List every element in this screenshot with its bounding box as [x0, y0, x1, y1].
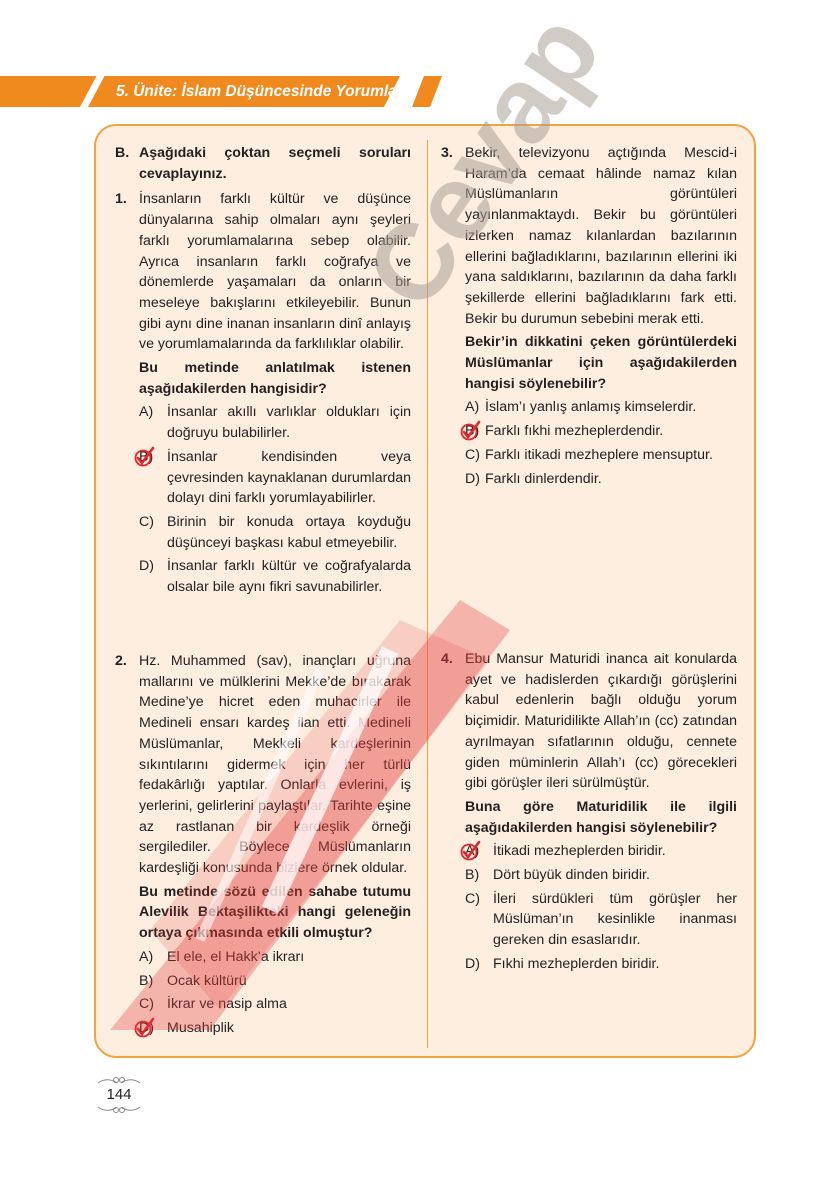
option-c[interactable]: C)İleri sürdükleri tüm görüşler her Müsl… — [465, 889, 737, 951]
check-mark-icon — [460, 840, 482, 862]
option-d[interactable]: D)Farklı dinlerdendir. — [465, 469, 737, 490]
question-stem: Bekir’in dikkatini çeken görüntülerdeki … — [465, 332, 737, 394]
right-column-bottom: 4. Ebu Mansur Maturidi inanca ait konula… — [465, 649, 737, 978]
question-number: 2. — [115, 651, 127, 672]
question-number: 4. — [441, 649, 453, 670]
question-text: Hz. Muhammed (sav), inançları uğruna mal… — [139, 651, 411, 879]
option-b[interactable]: B) İnsanlar kendisinden veya çevresinden… — [139, 447, 411, 509]
section-letter: B. — [115, 143, 129, 164]
question-text: Ebu Mansur Maturidi inanca ait konularda… — [465, 649, 737, 794]
check-mark-icon — [134, 1017, 156, 1039]
option-a[interactable]: A)İslam’ı yanlış anlamış kimselerdir. — [465, 397, 737, 418]
option-c[interactable]: C)Farklı itikadi mezheplere mensuptur. — [465, 445, 737, 466]
option-a[interactable]: A)El ele, el Hakk’a ikrarı — [139, 947, 411, 968]
left-column-bottom: 2. Hz. Muhammed (sav), inançları uğruna … — [139, 651, 411, 1042]
option-b[interactable]: B)Ocak kültürü — [139, 971, 411, 992]
option-c[interactable]: C)İkrar ve nasip alma — [139, 994, 411, 1015]
ornament-bottom-icon — [96, 1104, 142, 1114]
option-b[interactable]: B) Farklı fıkhi mezheplerdendir. — [465, 421, 737, 442]
option-b[interactable]: B)Dört büyük dinden biridir. — [465, 865, 737, 886]
unit-banner: 5. Ünite: İslam Düşüncesinde Yorumlar — [0, 76, 412, 107]
option-d[interactable]: D) Musahiplik — [139, 1018, 411, 1039]
question-4: 4. Ebu Mansur Maturidi inanca ait konula… — [465, 649, 737, 975]
question-stem: Bu metinde sözü edilen sahabe tutumu Ale… — [139, 882, 411, 944]
page-number-text: 144 — [96, 1086, 142, 1103]
page-number: 144 — [96, 1076, 142, 1114]
column-divider — [427, 140, 428, 1048]
question-2: 2. Hz. Muhammed (sav), inançları uğruna … — [139, 651, 411, 1039]
section-instruction: Aşağıdaki çoktan seçmeli soruları cevapl… — [139, 143, 411, 184]
check-mark-icon — [134, 446, 156, 468]
option-d[interactable]: D)İnsanlar farklı kültür ve coğrafyalard… — [139, 556, 411, 597]
question-stem: Bu metinde anlatılmak istenen aşağıdakil… — [139, 358, 411, 399]
banner-stripe — [412, 76, 442, 107]
section-heading: B. Aşağıdaki çoktan seçmeli soruları cev… — [139, 143, 411, 184]
question-1: 1. İnsanların farklı kültür ve düşünce d… — [139, 189, 411, 597]
check-mark-icon — [460, 420, 482, 442]
right-column-top: 3. Bekir, televizyonu açtığında Mescid-i… — [465, 143, 737, 492]
ornament-top-icon — [96, 1076, 142, 1086]
left-column-top: B. Aşağıdaki çoktan seçmeli soruları cev… — [139, 143, 411, 601]
unit-title: 5. Ünite: İslam Düşüncesinde Yorumlar — [116, 83, 403, 101]
question-number: 3. — [441, 143, 453, 164]
question-text: Bekir, televizyonu açtığında Mescid-i Ha… — [465, 143, 737, 329]
question-text: İnsanların farklı kültür ve düşünce düny… — [139, 189, 411, 355]
option-c[interactable]: C)Birinin bir konuda ortaya koyduğu düşü… — [139, 512, 411, 553]
question-number: 1. — [115, 189, 127, 210]
option-d[interactable]: D)Fıkhi mezheplerden biridir. — [465, 954, 737, 975]
option-a[interactable]: A) İtikadi mezheplerden biridir. — [465, 841, 737, 862]
question-stem: Buna göre Maturidilik ile ilgili aşağıda… — [465, 797, 737, 838]
question-3: 3. Bekir, televizyonu açtığında Mescid-i… — [465, 143, 737, 489]
option-a[interactable]: A)İnsanlar akıllı varlıklar oldukları iç… — [139, 402, 411, 443]
